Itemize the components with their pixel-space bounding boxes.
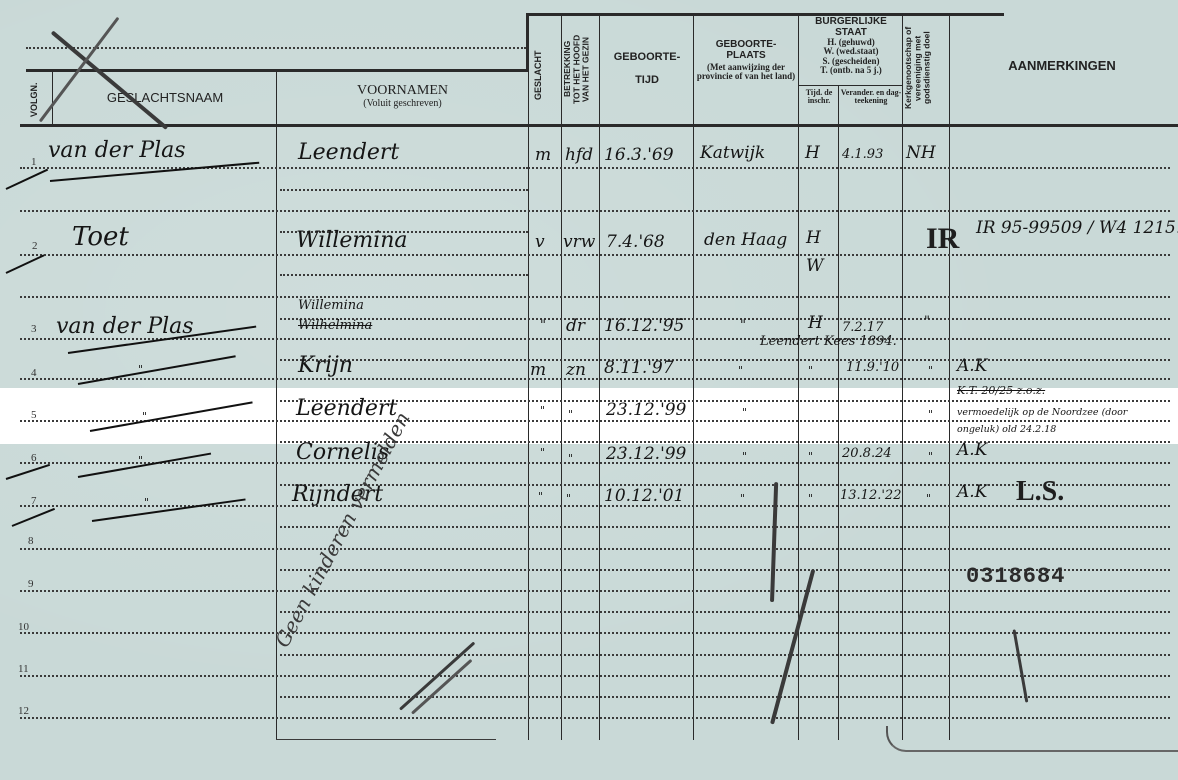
- sex: m: [530, 360, 546, 380]
- church: ": [928, 364, 933, 377]
- civil-status-widowed: W: [806, 256, 823, 276]
- row-line-2: [20, 254, 1170, 256]
- church: ": [928, 408, 933, 421]
- pencil-stroke: [411, 659, 472, 715]
- burgerlijke-staat-title: BURGERLIJKE STAAT: [815, 16, 887, 38]
- ditto-stroke: [78, 355, 236, 385]
- remarks: A.K: [957, 482, 987, 502]
- header-geboorteplaats: GEBOORTE- PLAATS (Met aanwijzing der pro…: [696, 40, 796, 82]
- row-number: 4: [31, 367, 37, 379]
- sex: m: [535, 145, 551, 165]
- church: ": [924, 314, 930, 329]
- row-number: 11: [18, 663, 29, 675]
- geboorteplaats-line-1: GEBOORTE-: [716, 39, 777, 50]
- card-number: 0318684: [966, 564, 1065, 589]
- row-line-12: [20, 717, 1170, 719]
- civil-date: 4.1.93: [842, 147, 883, 162]
- given-name: Leendert: [296, 396, 397, 421]
- header-geslachtsnaam: GESLACHTSNAAM: [60, 91, 270, 105]
- header-kerkgenootschap: Kerkgenootschap of vereeniging met godsd…: [904, 16, 948, 120]
- remarks: IR 95-99509 / W4 1215.: [976, 218, 1178, 238]
- relation: vrw: [563, 232, 595, 252]
- birth-date: 16.12.'95: [604, 316, 684, 336]
- sex: ": [540, 318, 546, 333]
- betrekking-line-3: VAN HET GEZIN: [581, 37, 591, 102]
- birth-place: ": [742, 406, 747, 419]
- row-subline-3: [280, 318, 1170, 320]
- birth-date: 7.4.'68: [606, 232, 665, 252]
- row-line-6: [20, 462, 1170, 464]
- top-dotted-line: [26, 47, 526, 49]
- row-subline-8: [280, 526, 1170, 528]
- geboorteplaats-line-2: PLAATS: [726, 50, 765, 61]
- birth-place: ": [738, 364, 743, 377]
- header-verander: Verander. en dag-teekening: [840, 89, 902, 106]
- ir-stamp: IR: [926, 222, 959, 256]
- civil-date: 20.8.24: [842, 446, 892, 461]
- col-line-verander: [838, 85, 839, 740]
- relation: hfd: [565, 145, 593, 165]
- row-line-1-right: [528, 167, 1170, 169]
- surname: van der Plas: [48, 138, 186, 163]
- civil-status: ": [808, 450, 813, 463]
- row-divider-2-3: [20, 296, 1170, 298]
- spouse-note: Leendert Kees 1894.: [760, 334, 897, 349]
- given-name: Leendert: [298, 140, 399, 165]
- header-tijd-inschr: Tijd. de inschr.: [800, 89, 838, 106]
- sex: v: [535, 232, 545, 252]
- col-line-volgn: [52, 70, 53, 125]
- header-geboortetijd: GEBOORTE- TIJD: [602, 52, 692, 87]
- row-divider-1-2: [20, 210, 1170, 212]
- pencil-check-right: [770, 569, 815, 725]
- church: ": [926, 492, 931, 505]
- birth-date: 16.3.'69: [604, 145, 674, 165]
- row-line-8: [20, 548, 1170, 550]
- header-betrekking: BETREKKING TOT HET HOOFD VAN HET GEZIN: [563, 18, 598, 120]
- civil-date: 13.12.'22: [840, 488, 901, 503]
- birth-place: den Haag: [704, 230, 787, 250]
- row-number: 3: [31, 323, 37, 335]
- relation: ": [566, 492, 571, 505]
- civil-status: H: [808, 313, 823, 333]
- surname: van der Plas: [56, 314, 194, 339]
- row-number: 6: [31, 452, 37, 464]
- check-stroke: [12, 508, 55, 527]
- surname-ditto: ": [144, 496, 149, 509]
- row-subline-6: [280, 441, 1170, 443]
- header-voornamen: VOORNAMEN (Voluit geschreven): [280, 82, 525, 109]
- row-number: 8: [28, 535, 34, 547]
- row-line-10: [20, 632, 1170, 634]
- row-number: 5: [31, 409, 37, 421]
- given-name: Willemina: [298, 298, 364, 313]
- civil-status: H: [806, 228, 821, 248]
- burgerlijke-sub-divider: [798, 85, 902, 86]
- row-number: 2: [32, 240, 38, 252]
- pencil-stroke-right: [1013, 629, 1029, 702]
- birth-date: 10.12.'01: [604, 486, 684, 506]
- row-number: 10: [18, 621, 29, 633]
- relation: ": [568, 452, 573, 465]
- kerk-line-3: godsdienstig doel: [922, 32, 932, 105]
- row-subline-1: [280, 189, 528, 191]
- header-volgn: VOLGN.: [30, 78, 39, 122]
- given-name: Krijn: [298, 353, 353, 378]
- row-line-1: [20, 167, 528, 169]
- check-stroke: [6, 254, 45, 274]
- row-line-11: [20, 675, 1170, 677]
- civil-status: ": [808, 492, 813, 505]
- row-number: 12: [18, 705, 29, 717]
- geboortetijd-line-2: TIJD: [635, 74, 659, 86]
- church: NH: [906, 143, 936, 163]
- birth-place: ": [740, 318, 746, 333]
- curved-pencil-line: [886, 726, 1178, 752]
- surname-ditto: ": [138, 454, 143, 467]
- birth-place: ": [740, 492, 745, 505]
- row-number: 7: [31, 495, 37, 507]
- col-line-geslacht: [528, 13, 529, 740]
- remarks: A.K: [957, 356, 987, 376]
- relation: dr: [566, 316, 585, 336]
- row-line-9: [20, 590, 1170, 592]
- relation: ": [568, 408, 573, 421]
- remarks: vermoedelijk op de Noordzee (door ongelu…: [957, 404, 1172, 438]
- check-stroke: [6, 169, 49, 190]
- header-geslacht: GESLACHT: [534, 30, 556, 120]
- check-stroke: [6, 464, 50, 480]
- given-name: Willemina: [296, 228, 408, 253]
- civil-date: 11.9.'10: [846, 360, 899, 375]
- civil-date: 7.2.17: [842, 320, 883, 335]
- header-voornamen-sub: (Voluit geschreven): [280, 99, 525, 110]
- row-number: 1: [31, 156, 37, 168]
- pencil-check-left: [770, 482, 778, 602]
- surname-ditto: ": [142, 410, 147, 423]
- sex: ": [538, 490, 543, 503]
- bs-line-t: T. (ontb. na 5 j.): [800, 66, 902, 75]
- civil-status: H: [805, 143, 820, 163]
- row-subline-4: [280, 359, 1170, 361]
- geboorteplaats-sub: (Met aanwijzing der provincie of van het…: [696, 63, 796, 82]
- surname-strike: [50, 162, 259, 182]
- ditto-stroke: [78, 453, 211, 478]
- row-subline-10: [280, 611, 1170, 613]
- remarks: A.K: [957, 440, 987, 460]
- family-register-card: VOLGN. GESLACHTSNAAM VOORNAMEN (Voluit g…: [0, 0, 1178, 780]
- geboortetijd-line-1: GEBOORTE-: [614, 51, 681, 63]
- row-subline-2b: [280, 274, 528, 276]
- relation: zn: [566, 360, 586, 380]
- row-line-4: [20, 378, 1170, 380]
- birth-place: ": [742, 450, 747, 463]
- row-subline-11: [280, 654, 1170, 656]
- sex: ": [540, 446, 545, 459]
- sex: ": [540, 404, 545, 417]
- row-subline-5: [280, 400, 1170, 402]
- birth-place: Katwijk: [700, 143, 765, 163]
- remarks-struck: K.T. 20/25 z.o.z.: [957, 384, 1045, 397]
- header-aanmerkingen: AANMERKINGEN: [952, 59, 1172, 73]
- birth-date: 8.11.'97: [604, 358, 674, 378]
- bottom-line: [276, 739, 496, 740]
- surname: Toet: [72, 222, 129, 252]
- ls-stamp: L.S.: [1016, 476, 1064, 508]
- birth-date: 23.12.'99: [606, 444, 686, 464]
- given-name-struck: Wilhelmina: [298, 318, 372, 333]
- header-voornamen-title: VOORNAMEN: [357, 83, 448, 98]
- surname-ditto: ": [138, 363, 143, 376]
- row-number: 9: [28, 578, 34, 590]
- civil-status: ": [808, 364, 813, 377]
- birth-date: 23.12.'99: [606, 400, 686, 420]
- church: ": [928, 450, 933, 463]
- header-burgerlijke-staat: BURGERLIJKE STAAT H. (gehuwd) W. (wed.st…: [800, 17, 902, 76]
- ditto-stroke: [92, 498, 246, 522]
